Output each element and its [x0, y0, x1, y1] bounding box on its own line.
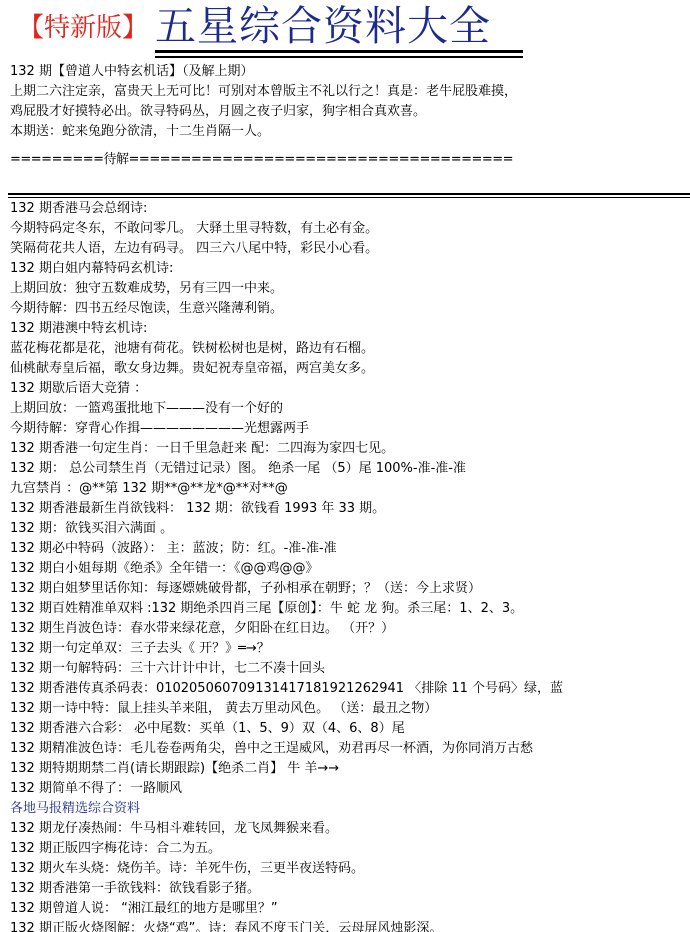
content-line: 132 期：欲钱买泪六满面 。	[10, 519, 690, 539]
content-line: 132 期歇后语大竞猜 ：	[10, 379, 690, 399]
content-line: 132 期香港马会总纲诗:	[10, 199, 690, 219]
content-line: 蓝花梅花都是花，池塘有荷花。铁树松树也是树，路边有石榴。	[10, 339, 690, 359]
page-header: 【特新版】 五星综合资料大全	[0, 0, 690, 58]
title-underline-thin	[155, 56, 523, 58]
content-line: 132 期白姐梦里话你知：每逐嫖姚破骨都，子孙相承在朝野；？（送：今上求贤）	[10, 579, 690, 599]
content-line: 笑隔荷花共人语，左边有码寻。 四三六八尾中特，彩民小心看。	[10, 239, 690, 259]
content-line: 上期回放：一篮鸡蛋批地下———没有一个好的	[10, 399, 690, 419]
content-line: 132 期香港最新生肖欲钱料： 132 期：欲钱看 1993 年 33 期。	[10, 499, 690, 519]
content-line: 九宫禁肖 ：@**第 132 期**@**龙*@**对**@	[10, 479, 690, 499]
content-line: 132 期必中特码（波路）： 主：蓝波；防：红。-准-准-准	[10, 539, 690, 559]
intro-line: 上期二六注定亲，富贵天上无可比！可别对本曾版主不礼以行之！真是：老牛屁股难摸，	[10, 82, 517, 102]
content-line: 132 期龙仔凑热闹：牛马相斗难转回，龙飞凤舞猴来看。	[10, 819, 690, 839]
content-line: 132 期曾道人说： “湘江最红的地方是哪里？”	[10, 899, 690, 919]
content-line: 132 期正版四字梅花诗：合二为五。	[10, 839, 690, 859]
content-line: 今期待解：穿背心作揖————————光想露两手	[10, 419, 690, 439]
content-line: 132 期一句定单双：三子去头《 开？》═→？	[10, 639, 690, 659]
content-line: 132 期一句解特码：三十六计计中计，七二不凑十回头	[10, 659, 690, 679]
content-line: 132 期： 总公司禁生肖（无错过记录）图。 绝杀一尾 （5）尾 100%-准-…	[10, 459, 690, 479]
content-line: 今期特码定冬东，不敢问零几。 大驿土里寻特数，有土必有金。	[10, 219, 690, 239]
intro-line: 本期送：蛇来兔跑分欲清，十二生肖隔一人。	[10, 122, 517, 142]
content-line: 132 期百姓精准单双料 :132 期绝杀四肖三尾【原创】：牛 蛇 龙 狗。杀三…	[10, 599, 690, 619]
content-list: 132 期香港马会总纲诗:今期特码定冬东，不敢问零几。 大驿土里寻特数，有土必有…	[10, 199, 690, 932]
content-line: 132 期白姐内幕特码玄机诗:	[10, 259, 690, 279]
content-line: 132 期火车头烧：烧伤羊。诗：羊死牛伤，三更半夜送特码。	[10, 859, 690, 879]
title-underline-thick	[155, 50, 523, 53]
content-line: 132 期白小姐每期《绝杀》全年错一：《@@鸡@@》	[10, 559, 690, 579]
section-divider	[8, 193, 690, 198]
content-line: 132 期港澳中特玄机诗:	[10, 319, 690, 339]
content-line: 132 期香港传真杀码表：01020506070913141718192126​…	[10, 679, 690, 699]
content-line: 132 期生肖波色诗：春水带来绿花意，夕阳卧在红日边。 （开？）	[10, 619, 690, 639]
section-heading: 各地马报精选综合资料	[10, 799, 690, 819]
content-line: 上期回放：独守五数难成势，另有三四一中来。	[10, 279, 690, 299]
intro-heading: 132 期【曾道人中特玄机话】（及解上期）	[10, 62, 517, 82]
pending-divider: =========待解=============================…	[10, 148, 513, 167]
content-line: 132 期精准波色诗：毛儿卷卷两角尖，兽中之王逞威风，劝君再尽一杯酒，为你同消万…	[10, 739, 690, 759]
page-title: 五星综合资料大全	[155, 4, 491, 48]
content-line: 132 期特期期禁二肖(请长期跟踪)【绝杀二肖】 牛 羊→→	[10, 759, 690, 779]
content-line: 132 期香港第一手欲钱料：欲钱看影子猪。	[10, 879, 690, 899]
intro-section: 132 期【曾道人中特玄机话】（及解上期） 上期二六注定亲，富贵天上无可比！可别…	[10, 62, 517, 142]
content-line: 今期待解：四书五经尽饱读，生意兴隆薄利销。	[10, 299, 690, 319]
intro-line: 鸡屁股才好摸特必出。欲寻特码丛，月圆之夜子归家，狗字相合真欢喜。	[10, 102, 517, 122]
content-line: 仙桃献寿皇后福，歌女身边舞。贵妃祝寿皇帝福，两宫美女多。	[10, 359, 690, 379]
content-line: 132 期简单不得了：一路顺风	[10, 779, 690, 799]
content-line: 132 期香港一句定生肖：一日千里急赶来 配：二四海为家四七见。	[10, 439, 690, 459]
content-line: 132 期香港六合彩： 必中尾数：买单（1、5、9）双（4、6、8）尾	[10, 719, 690, 739]
content-line: 132 期正版火烧图解：火烧“鸡”。诗：春风不度玉门关，云母屏风烛影深。	[10, 919, 690, 932]
edition-label: 【特新版】	[18, 13, 148, 43]
content-line: 132 期一诗中特：鼠上挂头羊来阻， 黄去万里动风色。 （送：最丑之物）	[10, 699, 690, 719]
